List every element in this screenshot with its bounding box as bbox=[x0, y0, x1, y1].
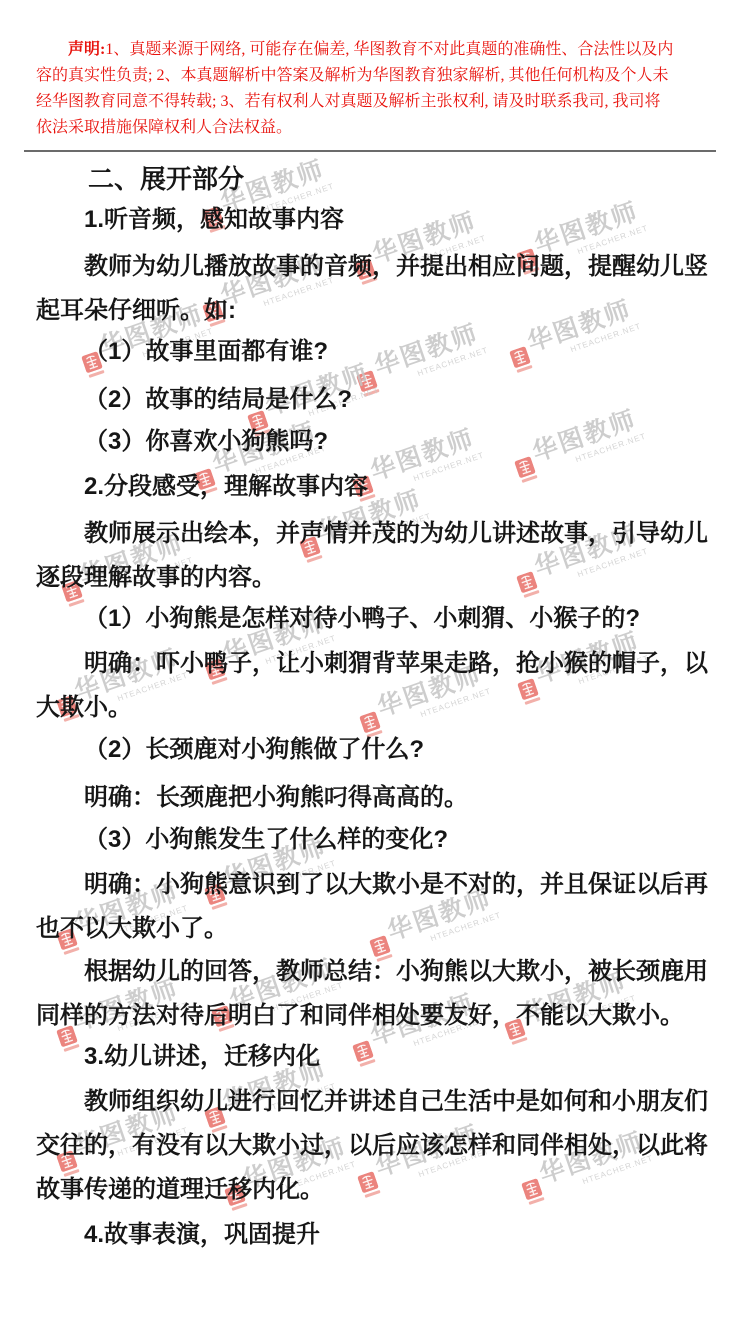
paragraph-question-2: （2）故事的结局是什么? bbox=[36, 378, 730, 422]
paragraph-step1-heading: 1.听音频，感知故事内容 bbox=[36, 198, 730, 242]
paragraph-question-3: （3）你喜欢小狗熊吗? bbox=[36, 420, 730, 464]
document-body: 声明:1、真题来源于网络, 可能存在偏差, 华图教育不对此真题的准确性、合法性以… bbox=[0, 0, 748, 1335]
paragraph-step2-q2: （2）长颈鹿对小狗熊做了什么? bbox=[36, 728, 730, 772]
disclaimer-text: 1、真题来源于网络, 可能存在偏差, 华图教育不对此真题的准确性、合法性以及内 … bbox=[36, 41, 673, 136]
disclaimer-label: 声明: bbox=[68, 41, 105, 58]
paragraph-step1-body: 教师为幼儿播放故事的音频，并提出相应问题，提醒幼儿竖 起耳朵仔细听。如: bbox=[36, 245, 730, 333]
paragraph-step3-body: 教师组织幼儿进行回忆并讲述自己生活中是如何和小朋友们 交往的，有没有以大欺小过，… bbox=[36, 1080, 730, 1212]
paragraph-question-1: （1）故事里面都有谁? bbox=[36, 330, 730, 374]
paragraph-step2-a3: 明确：小狗熊意识到了以大欺小是不对的，并且保证以后再 也不以大欺小了。 bbox=[36, 863, 730, 951]
paragraph-step2-a2: 明确：长颈鹿把小狗熊叼得高高的。 bbox=[36, 776, 730, 820]
section-divider bbox=[24, 150, 716, 152]
disclaimer: 声明:1、真题来源于网络, 可能存在偏差, 华图教育不对此真题的准确性、合法性以… bbox=[36, 37, 730, 141]
paragraph-step3-heading: 3.幼儿讲述，迁移内化 bbox=[36, 1035, 730, 1079]
paragraph-step2-heading: 2.分段感受，理解故事内容 bbox=[36, 465, 730, 509]
paragraph-step4-heading: 4.故事表演，巩固提升 bbox=[36, 1213, 730, 1257]
paragraph-step2-q3: （3）小狗熊发生了什么样的变化? bbox=[36, 818, 730, 862]
paragraph-step2-body: 教师展示出绘本，并声情并茂的为幼儿讲述故事，引导幼儿 逐段理解故事的内容。 bbox=[36, 512, 730, 600]
paragraph-step2-a1: 明确：吓小鸭子，让小刺猬背苹果走路，抢小猴的帽子，以 大欺小。 bbox=[36, 642, 730, 730]
document-page: 华图教师HTEACHER.NET华图教师HTEACHER.NET华图教师HTEA… bbox=[0, 0, 748, 1335]
paragraph-teacher-summary: 根据幼儿的回答，教师总结：小狗熊以大欺小，被长颈鹿用 同样的方法对待后明白了和同… bbox=[36, 950, 730, 1038]
paragraph-step2-q1: （1）小狗熊是怎样对待小鸭子、小刺猬、小猴子的? bbox=[36, 597, 730, 641]
paragraph-section-title: 二、展开部分 bbox=[36, 157, 730, 201]
